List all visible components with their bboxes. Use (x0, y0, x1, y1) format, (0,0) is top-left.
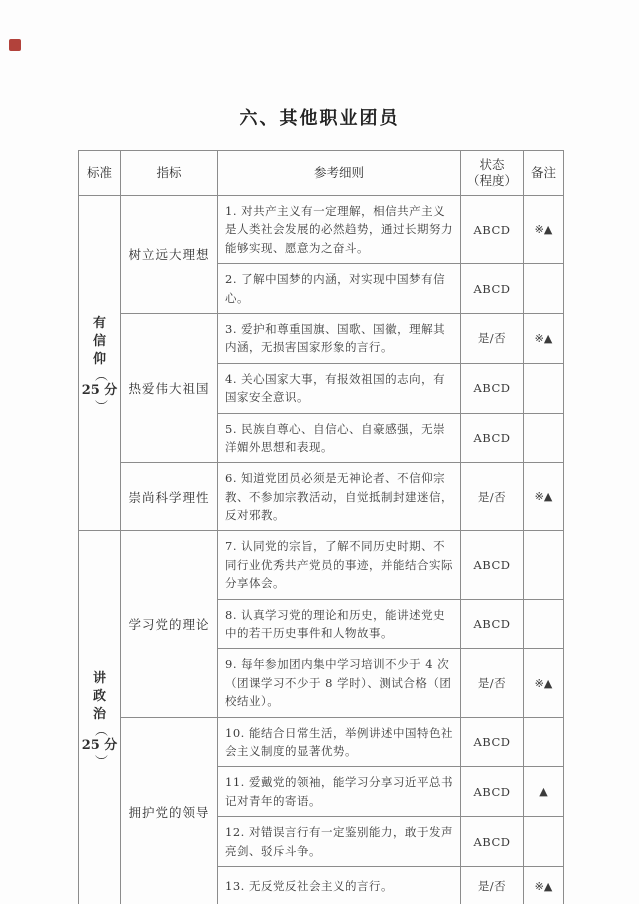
header-status: 状态 （程度） (461, 151, 524, 196)
remark-cell: ※▲ (524, 866, 564, 904)
detail-cell: 13. 无反党反社会主义的言行。 (218, 866, 461, 904)
table-row: 有 信 仰 （ 25 分 ） 树立远大理想 1. 对共产主义有一定理解，相信共产… (79, 196, 564, 264)
status-cell: ABCD (461, 264, 524, 314)
table-row: 讲 政 治 （ 25 分 ） 学习党的理论 7. 认同党的宗旨，了解不同历史时期… (79, 531, 564, 599)
remark-cell: ※▲ (524, 313, 564, 363)
remark-cell (524, 413, 564, 463)
indicator-cell-ideals: 树立远大理想 (121, 196, 218, 314)
detail-cell: 4. 关心国家大事，有报效祖国的志向，有国家安全意识。 (218, 363, 461, 413)
header-indicator: 指标 (121, 151, 218, 196)
status-cell: 是/否 (461, 649, 524, 717)
header-detail: 参考细则 (218, 151, 461, 196)
standard-cell-faith: 有 信 仰 （ 25 分 ） (79, 196, 121, 531)
detail-cell: 1. 对共产主义有一定理解，相信共产主义是人类社会发展的必然趋势，通过长期努力能… (218, 196, 461, 264)
table-header-row: 标准 指标 参考细则 状态 （程度） 备注 (79, 151, 564, 196)
detail-cell: 12. 对错误言行有一定鉴别能力，敢于发声亮剑、驳斥斗争。 (218, 817, 461, 867)
status-cell: ABCD (461, 599, 524, 649)
detail-cell: 2. 了解中国梦的内涵，对实现中国梦有信心。 (218, 264, 461, 314)
remark-cell (524, 264, 564, 314)
indicator-cell-motherland: 热爱伟大祖国 (121, 313, 218, 462)
detail-cell: 10. 能结合日常生活，举例讲述中国特色社会主义制度的显著优势。 (218, 717, 461, 767)
evaluation-table: 标准 指标 参考细则 状态 （程度） 备注 有 信 仰 （ 25 分 ） 树 (78, 150, 564, 904)
status-cell: ABCD (461, 817, 524, 867)
status-cell: ABCD (461, 767, 524, 817)
remark-cell (524, 817, 564, 867)
status-cell: ABCD (461, 717, 524, 767)
standard-label-vertical: 有 信 仰 （ 25 分 ） (81, 315, 118, 412)
red-marker-icon (9, 39, 21, 51)
remark-cell (524, 363, 564, 413)
status-cell: 是/否 (461, 463, 524, 531)
status-cell: ABCD (461, 531, 524, 599)
detail-cell: 11. 爱戴党的领袖，能学习分享习近平总书记对青年的寄语。 (218, 767, 461, 817)
status-cell: ABCD (461, 196, 524, 264)
header-remark: 备注 (524, 151, 564, 196)
table-row: 拥护党的领导 10. 能结合日常生活，举例讲述中国特色社会主义制度的显著优势。 … (79, 717, 564, 767)
remark-cell: ※▲ (524, 196, 564, 264)
remark-cell (524, 531, 564, 599)
status-cell: ABCD (461, 363, 524, 413)
status-cell: 是/否 (461, 313, 524, 363)
status-cell: ABCD (461, 413, 524, 463)
remark-cell: ※▲ (524, 463, 564, 531)
detail-cell: 3. 爱护和尊重国旗、国歌、国徽，理解其内涵，无损害国家形象的言行。 (218, 313, 461, 363)
page-title: 六、其他职业团员 (0, 104, 639, 130)
detail-cell: 5. 民族自尊心、自信心、自豪感强，无崇洋媚外思想和表现。 (218, 413, 461, 463)
standard-cell-politics: 讲 政 治 （ 25 分 ） (79, 531, 121, 904)
detail-cell: 7. 认同党的宗旨，了解不同历史时期、不同行业优秀共产党员的事迹，并能结合实际分… (218, 531, 461, 599)
indicator-cell-leadership: 拥护党的领导 (121, 717, 218, 904)
header-standard: 标准 (79, 151, 121, 196)
header-status-line2: （程度） (467, 173, 517, 188)
detail-cell: 9. 每年参加团内集中学习培训不少于 4 次（团课学习不少于 8 学时）、测试合… (218, 649, 461, 717)
table-row: 热爱伟大祖国 3. 爱护和尊重国旗、国歌、国徽，理解其内涵，无损害国家形象的言行… (79, 313, 564, 363)
indicator-cell-theory: 学习党的理论 (121, 531, 218, 717)
remark-cell: ▲ (524, 767, 564, 817)
detail-cell: 6. 知道党团员必须是无神论者、不信仰宗教、不参加宗教活动，自觉抵制封建迷信，反… (218, 463, 461, 531)
header-status-line1: 状态 (479, 157, 504, 172)
remark-cell: ※▲ (524, 649, 564, 717)
standard-label-vertical: 讲 政 治 （ 25 分 ） (81, 670, 118, 767)
table-row: 崇尚科学理性 6. 知道党团员必须是无神论者、不信仰宗教、不参加宗教活动，自觉抵… (79, 463, 564, 531)
indicator-cell-science: 崇尚科学理性 (121, 463, 218, 531)
status-cell: 是/否 (461, 866, 524, 904)
remark-cell (524, 599, 564, 649)
detail-cell: 8. 认真学习党的理论和历史，能讲述党史中的若干历史事件和人物故事。 (218, 599, 461, 649)
remark-cell (524, 717, 564, 767)
